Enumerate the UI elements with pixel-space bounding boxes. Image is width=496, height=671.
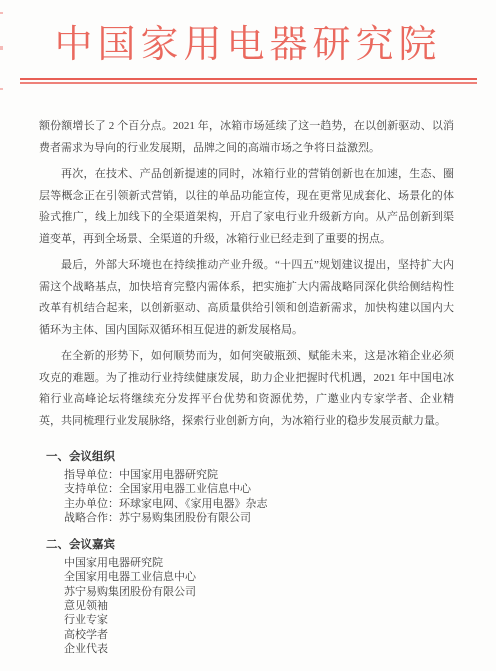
paragraph-macro-environment: 最后，外部大环境也在持续推动产业升级。“十四五”规划建议提出，坚持扩大内需这个战… [39,255,454,341]
list-item: 行业专家 [64,613,454,627]
paragraph-market-share: 额份额增长了 2 个百分点。2021 年，冰箱市场延续了这一趋势，在以创新驱动、… [39,116,454,159]
letterhead-double-rule [20,78,477,84]
organization-list: 指导单位：中国家用电器研究院 支持单位：全国家用电器工业信息中心 主办单位：环球… [39,468,454,525]
list-item: 全国家用电器工业信息中心 [64,570,454,584]
letterhead-title: 中国家用电器研究院 [0,23,496,67]
document-body: 额份额增长了 2 个百分点。2021 年，冰箱市场延续了这一趋势，在以创新驱动、… [39,116,454,656]
scan-artifact [0,88,3,90]
paragraph-forum-intro: 在全新的形势下，如何顺势而为，如何突破瓶颈、赋能未来，这是冰箱企业必须攻克的难题… [39,346,454,432]
section-conference-organization: 一、会议组织 指导单位：中国家用电器研究院 支持单位：全国家用电器工业信息中心 … [39,449,454,525]
section-heading-organization: 一、会议组织 [39,449,454,465]
list-item: 中国家用电器研究院 [64,556,454,570]
list-item: 意见领袖 [64,599,454,613]
list-item: 高校学者 [64,628,454,642]
scan-artifact [0,46,3,50]
list-item: 支持单位：全国家用电器工业信息中心 [64,482,454,496]
section-conference-guests: 二、会议嘉宾 中国家用电器研究院 全国家用电器工业信息中心 苏宁易购集团股份有限… [39,537,454,656]
guest-list: 中国家用电器研究院 全国家用电器工业信息中心 苏宁易购集团股份有限公司 意见领袖… [39,556,454,656]
section-heading-guests: 二、会议嘉宾 [39,537,454,553]
letterhead: 中国家用电器研究院 [0,0,496,84]
list-item: 企业代表 [64,642,454,656]
scanned-document-page: 中国家用电器研究院 额份额增长了 2 个百分点。2021 年，冰箱市场延续了这一… [0,0,496,671]
list-item: 战略合作：苏宁易购集团股份有限公司 [64,511,454,525]
list-item: 指导单位：中国家用电器研究院 [64,468,454,482]
scan-artifact [0,12,3,14]
paragraph-marketing-innovation: 再次，在技术、产品创新提速的同时，冰箱行业的营销创新也在加速，生态、圈层等概念正… [39,164,454,250]
list-item: 苏宁易购集团股份有限公司 [64,585,454,599]
list-item: 主办单位：环球家电网、《家用电器》杂志 [64,497,454,511]
